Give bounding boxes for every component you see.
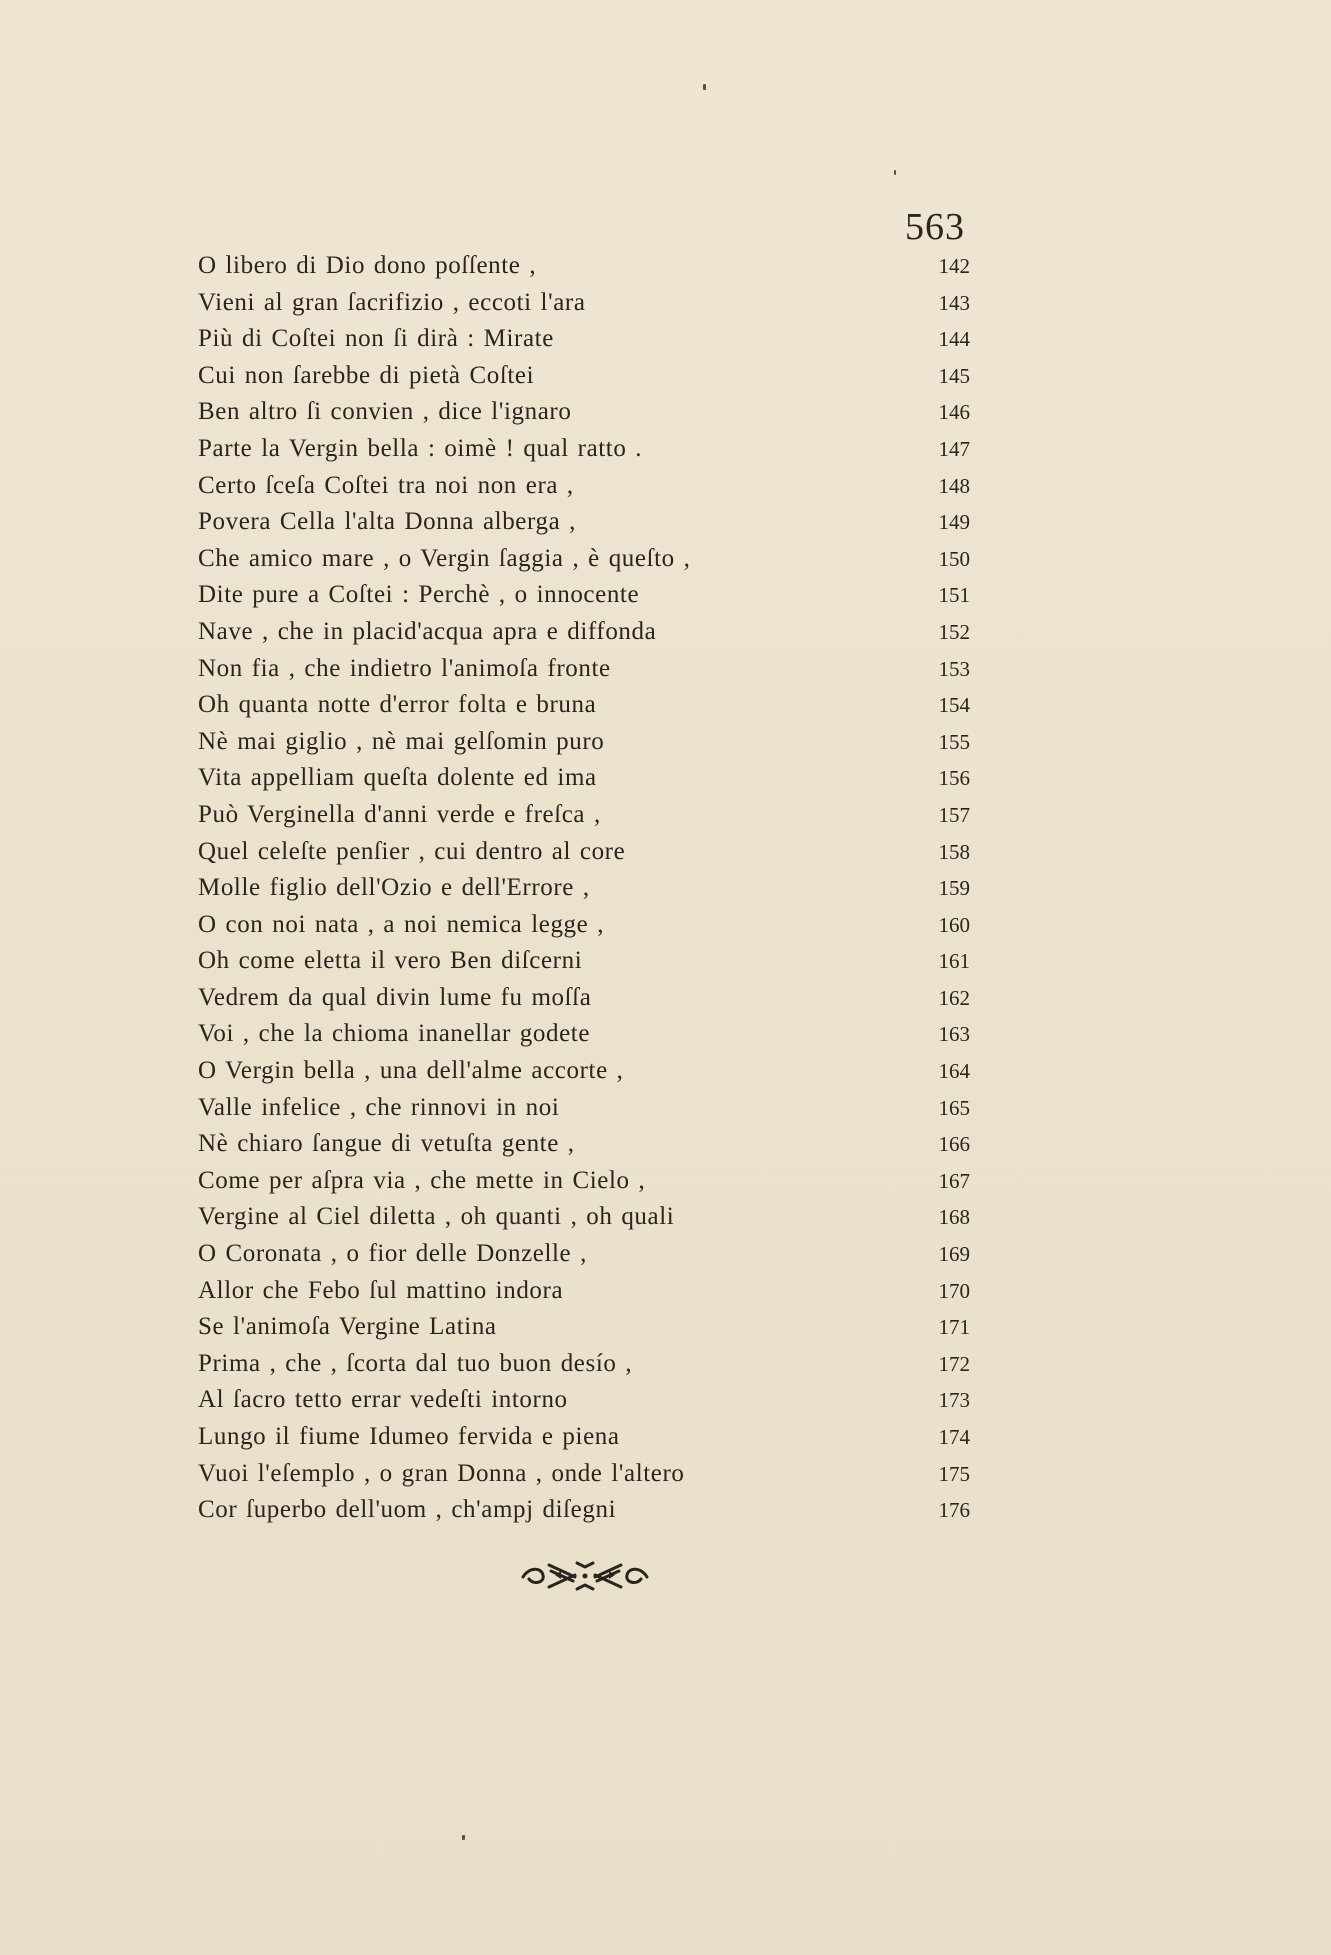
printers-ornament-icon [515,1555,655,1595]
index-entry-page-number: 156 [930,766,970,791]
index-entry-page-number: 142 [930,254,970,279]
index-entry-page-number: 173 [930,1388,970,1413]
index-entry-page-number: 165 [930,1096,970,1121]
index-entry-page-number: 151 [930,583,970,608]
index-entry-page-number: 168 [930,1205,970,1230]
index-entry: Non fia , che indietro l'animoſa fronte1… [198,655,970,692]
index-entry-text: O Coronata , o fior delle Donzelle , [198,1240,587,1268]
index-entry: Allor che Febo ſul mattino indora170 [198,1277,970,1314]
index-entry-page-number: 169 [930,1242,970,1267]
index-entry-text: Nè mai giglio , nè mai gelſomin puro [198,728,604,756]
index-entry-text: Che amico mare , o Vergin ſaggia , è que… [198,545,690,573]
index-entry-text: Può Verginella d'anni verde e freſca , [198,801,601,829]
index-entry-text: Nè chiaro ſangue di vetuſta gente , [198,1130,575,1158]
index-entry: Quel celeſte penſier , cui dentro al cor… [198,838,970,875]
index-entry-text: O libero di Dio dono poſſente , [198,252,536,280]
index-entry-text: O Vergin bella , una dell'alme accorte , [198,1057,623,1085]
index-entry: Vita appelliam queſta dolente ed ima156 [198,764,970,801]
index-entry-text: Non fia , che indietro l'animoſa fronte [198,655,611,683]
index-entry-text: Vita appelliam queſta dolente ed ima [198,764,597,792]
index-entry: Oh come eletta il vero Ben diſcerni161 [198,947,970,984]
index-entry-page-number: 157 [930,803,970,828]
index-entry-text: Più di Coſtei non ſi dirà : Mirate [198,325,554,353]
index-entry-text: Ben altro ſi convien , dice l'ignaro [198,398,571,426]
index-entry-page-number: 172 [930,1352,970,1377]
index-entry: O Vergin bella , una dell'alme accorte ,… [198,1057,970,1094]
index-entry-text: Vergine al Ciel diletta , oh quanti , oh… [198,1203,674,1231]
index-entry-text: Lungo il fiume Idumeo fervida e piena [198,1423,620,1451]
index-entry: Cui non ſarebbe di pietà Coſtei145 [198,362,970,399]
index-entry-page-number: 154 [930,693,970,718]
index-entry: Dite pure a Coſtei : Perchè , o innocent… [198,581,970,618]
index-entry-page-number: 143 [930,291,970,316]
index-entry: Parte la Vergin bella : oimè ! qual ratt… [198,435,970,472]
index-entry: Valle infelice , che rinnovi in noi165 [198,1094,970,1131]
index-entry-text: Povera Cella l'alta Donna alberga , [198,508,576,536]
index-entry: Più di Coſtei non ſi dirà : Mirate144 [198,325,970,362]
index-entry-text: Prima , che , ſcorta dal tuo buon desío … [198,1350,632,1378]
index-entry: Nè chiaro ſangue di vetuſta gente ,166 [198,1130,970,1167]
index-entry-page-number: 146 [930,400,970,425]
index-entry: Vergine al Ciel diletta , oh quanti , oh… [198,1203,970,1240]
index-entry-text: Voi , che la chioma inanellar godete [198,1020,590,1048]
index-entry-page-number: 149 [930,510,970,535]
paper-speck [462,1835,465,1840]
index-entry: Vieni al gran ſacrifizio , eccoti l'ara1… [198,289,970,326]
index-entry-page-number: 160 [930,913,970,938]
index-entry: Che amico mare , o Vergin ſaggia , è que… [198,545,970,582]
index-entry: Certo ſceſa Coſtei tra noi non era ,148 [198,472,970,509]
index-entry: Molle figlio dell'Ozio e dell'Errore ,15… [198,874,970,911]
index-entry-text: Se l'animoſa Vergine Latina [198,1313,497,1341]
index-entry-text: Oh quanta notte d'error folta e bruna [198,691,596,719]
index-entry-text: Nave , che in placid'acqua apra e diffon… [198,618,656,646]
index-entry-page-number: 150 [930,547,970,572]
index-entry-text: Dite pure a Coſtei : Perchè , o innocent… [198,581,639,609]
index-entry: Nè mai giglio , nè mai gelſomin puro155 [198,728,970,765]
index-entry: Prima , che , ſcorta dal tuo buon desío … [198,1350,970,1387]
index-entry: Voi , che la chioma inanellar godete163 [198,1020,970,1057]
index-entry-text: Come per aſpra via , che mette in Cielo … [198,1167,645,1195]
index-entry: Vuoi l'eſemplo , o gran Donna , onde l'a… [198,1460,970,1497]
index-entry-text: Cui non ſarebbe di pietà Coſtei [198,362,534,390]
index-entry-text: Parte la Vergin bella : oimè ! qual ratt… [198,435,642,463]
index-entry: Lungo il fiume Idumeo fervida e piena174 [198,1423,970,1460]
index-entry: O Coronata , o fior delle Donzelle ,169 [198,1240,970,1277]
index-entry: Può Verginella d'anni verde e freſca ,15… [198,801,970,838]
index-entry: Vedrem da qual divin lume fu moſſa162 [198,984,970,1021]
index-entry-page-number: 153 [930,657,970,682]
index-entry-text: Certo ſceſa Coſtei tra noi non era , [198,472,574,500]
index-entry-text: Vuoi l'eſemplo , o gran Donna , onde l'a… [198,1460,685,1488]
index-entry-page-number: 161 [930,949,970,974]
book-page: 563 O libero di Dio dono poſſente ,142Vi… [0,0,1331,1955]
index-entry-page-number: 162 [930,986,970,1011]
index-entry-text: Molle figlio dell'Ozio e dell'Errore , [198,874,590,902]
index-entry: Nave , che in placid'acqua apra e diffon… [198,618,970,655]
index-entry: Al ſacro tetto errar vedeſti intorno173 [198,1386,970,1423]
index-entry-page-number: 152 [930,620,970,645]
page-number: 563 [905,205,965,249]
index-entry-text: Quel celeſte penſier , cui dentro al cor… [198,838,625,866]
index-entry: O con noi nata , a noi nemica legge ,160 [198,911,970,948]
index-entry-page-number: 175 [930,1462,970,1487]
index-entry-text: Valle infelice , che rinnovi in noi [198,1094,559,1122]
index-entry-page-number: 166 [930,1132,970,1157]
index-entry-page-number: 159 [930,876,970,901]
paper-speck [894,170,896,175]
index-list: O libero di Dio dono poſſente ,142Vieni … [198,252,970,1533]
index-entry-page-number: 171 [930,1315,970,1340]
index-entry: Come per aſpra via , che mette in Cielo … [198,1167,970,1204]
index-entry-page-number: 155 [930,730,970,755]
index-entry-text: O con noi nata , a noi nemica legge , [198,911,604,939]
index-entry: Oh quanta notte d'error folta e bruna154 [198,691,970,728]
paper-speck [703,84,706,90]
index-entry-page-number: 167 [930,1169,970,1194]
index-entry: Se l'animoſa Vergine Latina171 [198,1313,970,1350]
index-entry-page-number: 158 [930,840,970,865]
index-entry-page-number: 170 [930,1279,970,1304]
index-entry-page-number: 174 [930,1425,970,1450]
index-entry-page-number: 145 [930,364,970,389]
index-entry-page-number: 164 [930,1059,970,1084]
index-entry-text: Cor ſuperbo dell'uom , ch'ampj diſegni [198,1496,616,1524]
index-entry: Ben altro ſi convien , dice l'ignaro146 [198,398,970,435]
index-entry-text: Vedrem da qual divin lume fu moſſa [198,984,591,1012]
index-entry-page-number: 148 [930,474,970,499]
index-entry-page-number: 163 [930,1022,970,1047]
index-entry-text: Oh come eletta il vero Ben diſcerni [198,947,582,975]
index-entry-text: Allor che Febo ſul mattino indora [198,1277,563,1305]
index-entry: O libero di Dio dono poſſente ,142 [198,252,970,289]
index-entry-page-number: 147 [930,437,970,462]
index-entry-page-number: 144 [930,327,970,352]
index-entry: Povera Cella l'alta Donna alberga ,149 [198,508,970,545]
index-entry-page-number: 176 [930,1498,970,1523]
index-entry-text: Al ſacro tetto errar vedeſti intorno [198,1386,568,1414]
index-entry-text: Vieni al gran ſacrifizio , eccoti l'ara [198,289,586,317]
index-entry: Cor ſuperbo dell'uom , ch'ampj diſegni17… [198,1496,970,1533]
